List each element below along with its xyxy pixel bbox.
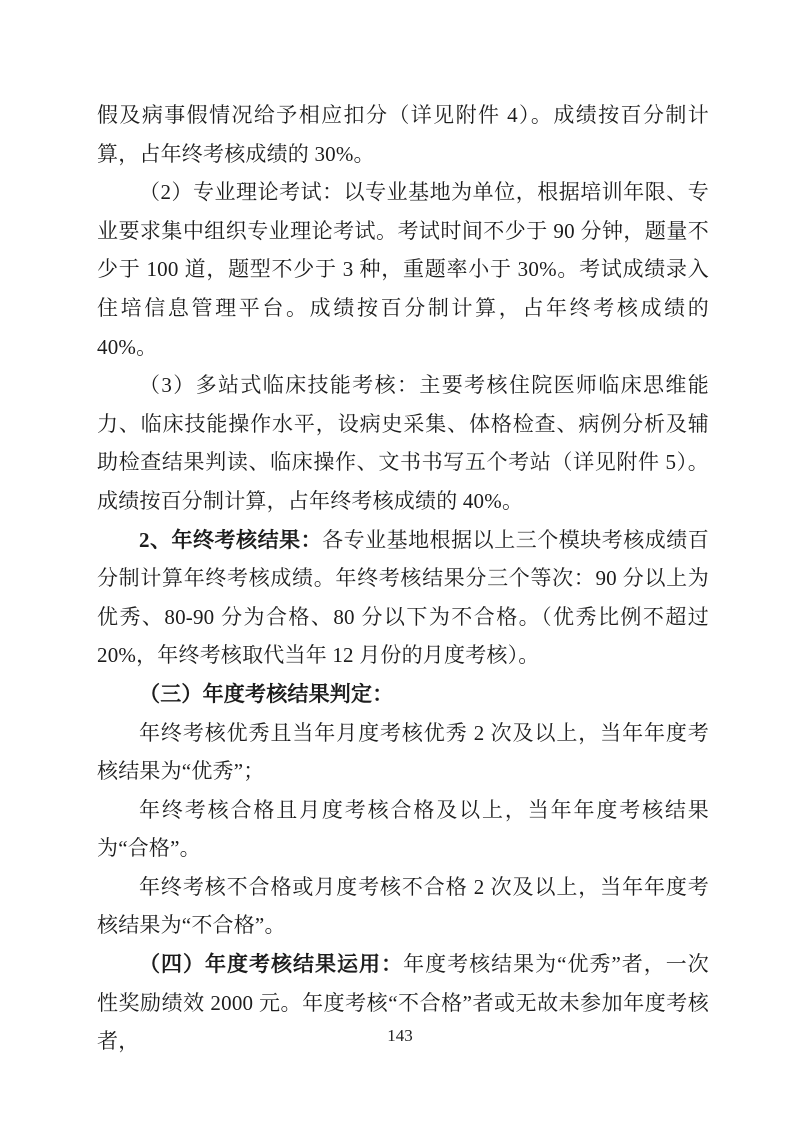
text-run: 假及病事假情况给予相应扣分（详见附件 4）。成绩按百分制计算，占年终考核成绩的 … [97,103,709,166]
bold-text-run: （三）年度考核结果判定： [139,682,393,706]
paragraph: 假及病事假情况给予相应扣分（详见附件 4）。成绩按百分制计算，占年终考核成绩的 … [97,96,709,173]
bold-text-run: 2、年终考核结果： [139,528,322,552]
bold-text-run: （四）年度考核结果运用： [139,952,403,976]
text-run: （2）专业理论考试：以专业基地为单位，根据培训年限、专业要求集中组织专业理论考试… [97,180,709,358]
paragraph: （三）年度考核结果判定： [97,675,709,714]
text-run: （3）多站式临床技能考核：主要考核住院医师临床思维能力、临床技能操作水平，设病史… [97,373,709,513]
paragraph: 年终考核优秀且当年月度考核优秀 2 次及以上，当年年度考核结果为“优秀”； [97,714,709,791]
document-page: { "page": { "number": "143" }, "document… [0,0,800,1129]
text-run: 年终考核不合格或月度考核不合格 2 次及以上，当年年度考核结果为“不合格”。 [97,875,709,938]
text-run: 年终考核合格且月度考核合格及以上，当年年度考核结果为“合格”。 [97,798,709,861]
paragraph: （2）专业理论考试：以专业基地为单位，根据培训年限、专业要求集中组织专业理论考试… [97,173,709,366]
document-body: 假及病事假情况给予相应扣分（详见附件 4）。成绩按百分制计算，占年终考核成绩的 … [97,96,709,1061]
page-number: 143 [0,1026,800,1046]
paragraph: （3）多站式临床技能考核：主要考核住院医师临床思维能力、临床技能操作水平，设病史… [97,366,709,520]
paragraph: 年终考核不合格或月度考核不合格 2 次及以上，当年年度考核结果为“不合格”。 [97,868,709,945]
text-run: 年终考核优秀且当年月度考核优秀 2 次及以上，当年年度考核结果为“优秀”； [97,721,709,784]
paragraph: 年终考核合格且月度考核合格及以上，当年年度考核结果为“合格”。 [97,791,709,868]
paragraph: 2、年终考核结果：各专业基地根据以上三个模块考核成绩百分制计算年终考核成绩。年终… [97,521,709,675]
